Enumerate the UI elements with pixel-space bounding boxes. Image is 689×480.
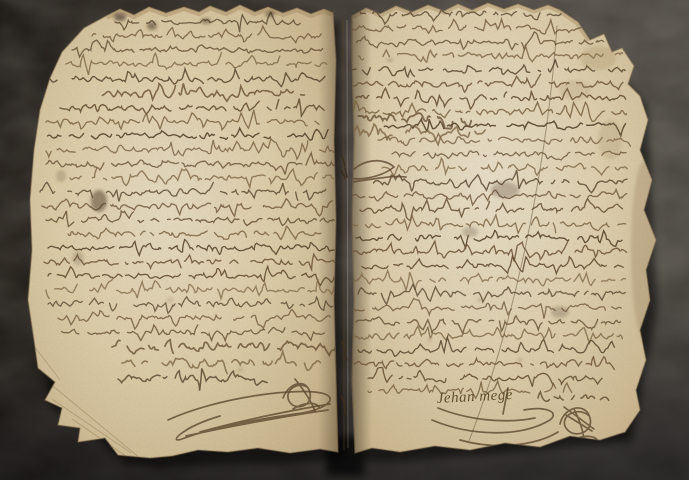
ink-stain [166, 297, 174, 303]
ink-stain [201, 18, 211, 24]
ink-stain [551, 306, 569, 318]
ink-stain [462, 227, 478, 237]
gutter-crease [343, 18, 344, 450]
ink-stain [56, 170, 66, 182]
ink-stain [598, 120, 622, 160]
ink-stain [237, 368, 243, 372]
manuscript-scene: Jehan mege [0, 0, 689, 480]
ink-stain [559, 80, 591, 100]
ink-stain [114, 13, 126, 21]
ink-stain [91, 190, 107, 212]
ink-stain [580, 46, 616, 70]
ink-stain [72, 251, 84, 265]
manuscript-photo: Jehan mege [0, 0, 689, 480]
ink-stain [478, 298, 482, 302]
ink-stain [428, 338, 432, 342]
ink-stain [491, 182, 519, 198]
ink-stain [147, 22, 157, 30]
ink-stain [387, 58, 393, 62]
ink-stain [518, 358, 523, 362]
ink-stain [265, 11, 275, 17]
